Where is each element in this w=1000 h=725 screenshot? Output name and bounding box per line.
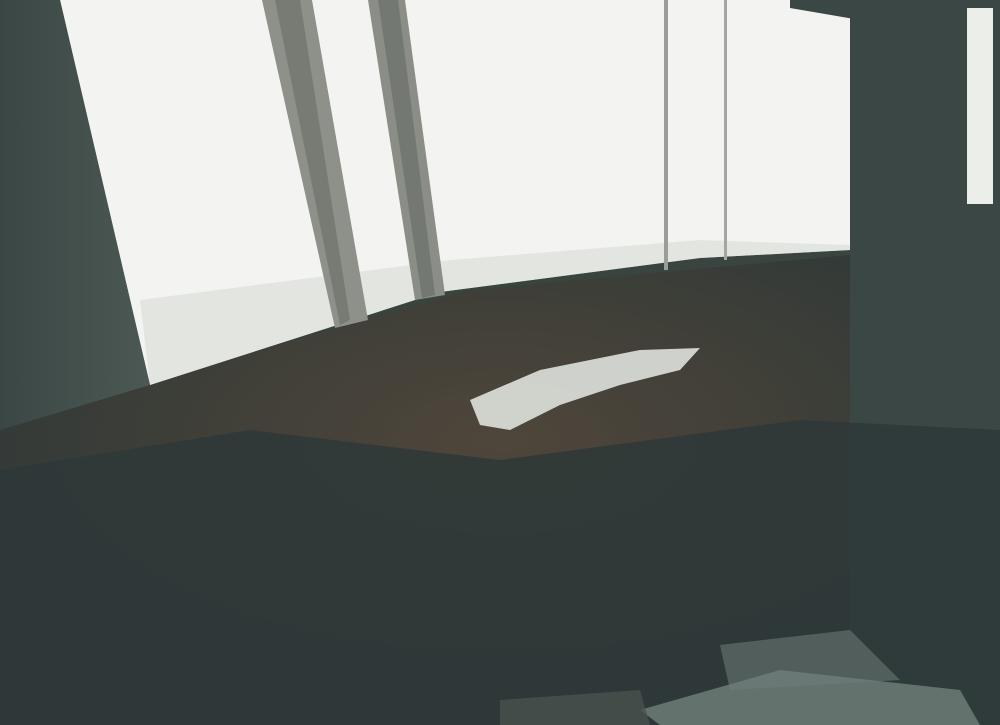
pole <box>724 0 727 260</box>
interior-scene <box>0 0 1000 725</box>
pole <box>664 0 668 270</box>
side-window <box>967 8 993 204</box>
scene-artwork <box>0 0 1000 725</box>
